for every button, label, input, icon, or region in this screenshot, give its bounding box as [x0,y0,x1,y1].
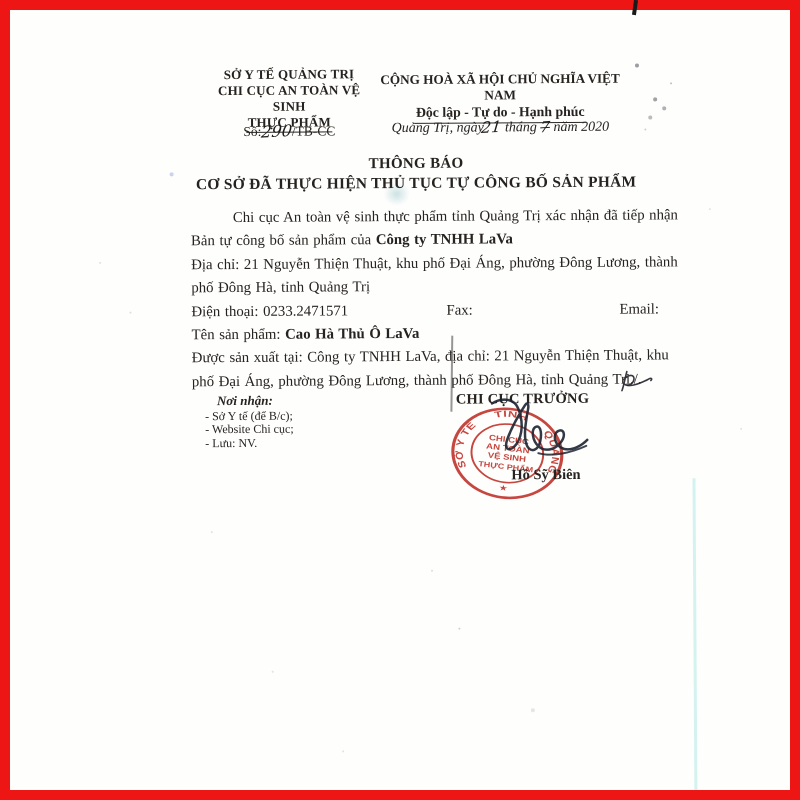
issuer-parent-name: SỞ Y TẾ QUẢNG TRỊ [204,66,374,83]
doc-title: THÔNG BÁO [144,154,689,174]
handwritten-endmark [618,366,658,392]
date-line: Quảng Trị, ngày21 tháng 7 năm 2020 [380,117,620,137]
document-title-block: THÔNG BÁO CƠ SỞ ĐÃ THỰC HIỆN THỦ TỤC TỰ … [144,154,689,194]
recipient-item: - Website Chi cục; [205,423,294,437]
signer-name: Hồ Sỹ Biên [488,467,603,485]
intro-line-2: Bản tự công bố sản phẩm của Công ty TNHH… [191,228,675,254]
ink-smudge [379,178,415,210]
company-name: Công ty TNHH LaVa [376,232,513,249]
handwritten-day: 21 [481,118,503,137]
address-line-1: Địa chỉ: 21 Nguyễn Thiện Thuật, khu phố … [191,251,675,277]
phone-value: Điện thoại: 0233.2471571 [191,303,348,320]
fold-line [692,478,696,796]
product-line: Tên sản phẩm: Cao Hà Thủ Ô LaVa [192,321,676,347]
product-name: Cao Hà Thủ Ô LaVa [285,326,419,343]
handwritten-number: 290 [260,121,293,142]
handwritten-month: 7 [539,118,550,137]
issuer-name-line1: CHI CỤC AN TOÀN VỆ SINH [204,82,374,115]
national-title: CỘNG HOÀ XÃ HỘI CHỦ NGHĨA VIỆT NAM [380,71,620,104]
address-line-2: phố Đông Hà, tỉnh Quảng Trị [191,274,675,300]
recipients-block: Nơi nhận: - Sở Y tế (để B/c); - Website … [205,394,294,451]
scanned-document-paper: SỞ Y TẾ QUẢNG TRỊ CHI CỤC AN TOÀN VỆ SIN… [10,10,790,790]
fax-label: Fax: [446,299,472,323]
email-label: Email: [619,298,659,322]
recipients-title: Nơi nhận: [217,394,294,408]
recipient-item: - Lưu: NV. [205,436,294,450]
stamp-star-icon: ★ [498,483,508,493]
document-number: Số:290/TB-CC [204,120,374,140]
doc-subtitle: CƠ SỞ ĐÃ THỰC HIỆN THỦ TỤC TỰ CÔNG BỐ SẢ… [144,173,689,194]
intro-line-1: Chi cục An toàn vệ sinh thực phẩm tỉnh Q… [191,204,675,230]
produced-line-1: Được sản xuất tại: Công ty TNHH LaVa, đị… [192,345,676,371]
scan-speckles [8,12,10,14]
body-text: Chi cục An toàn vệ sinh thực phẩm tỉnh Q… [191,204,676,394]
document-content: SỞ Y TẾ QUẢNG TRỊ CHI CỤC AN TOÀN VỆ SIN… [8,8,793,793]
signature-scribble [488,393,592,472]
contact-line: Điện thoại: 0233.2471571 Fax: Email: [191,298,675,324]
